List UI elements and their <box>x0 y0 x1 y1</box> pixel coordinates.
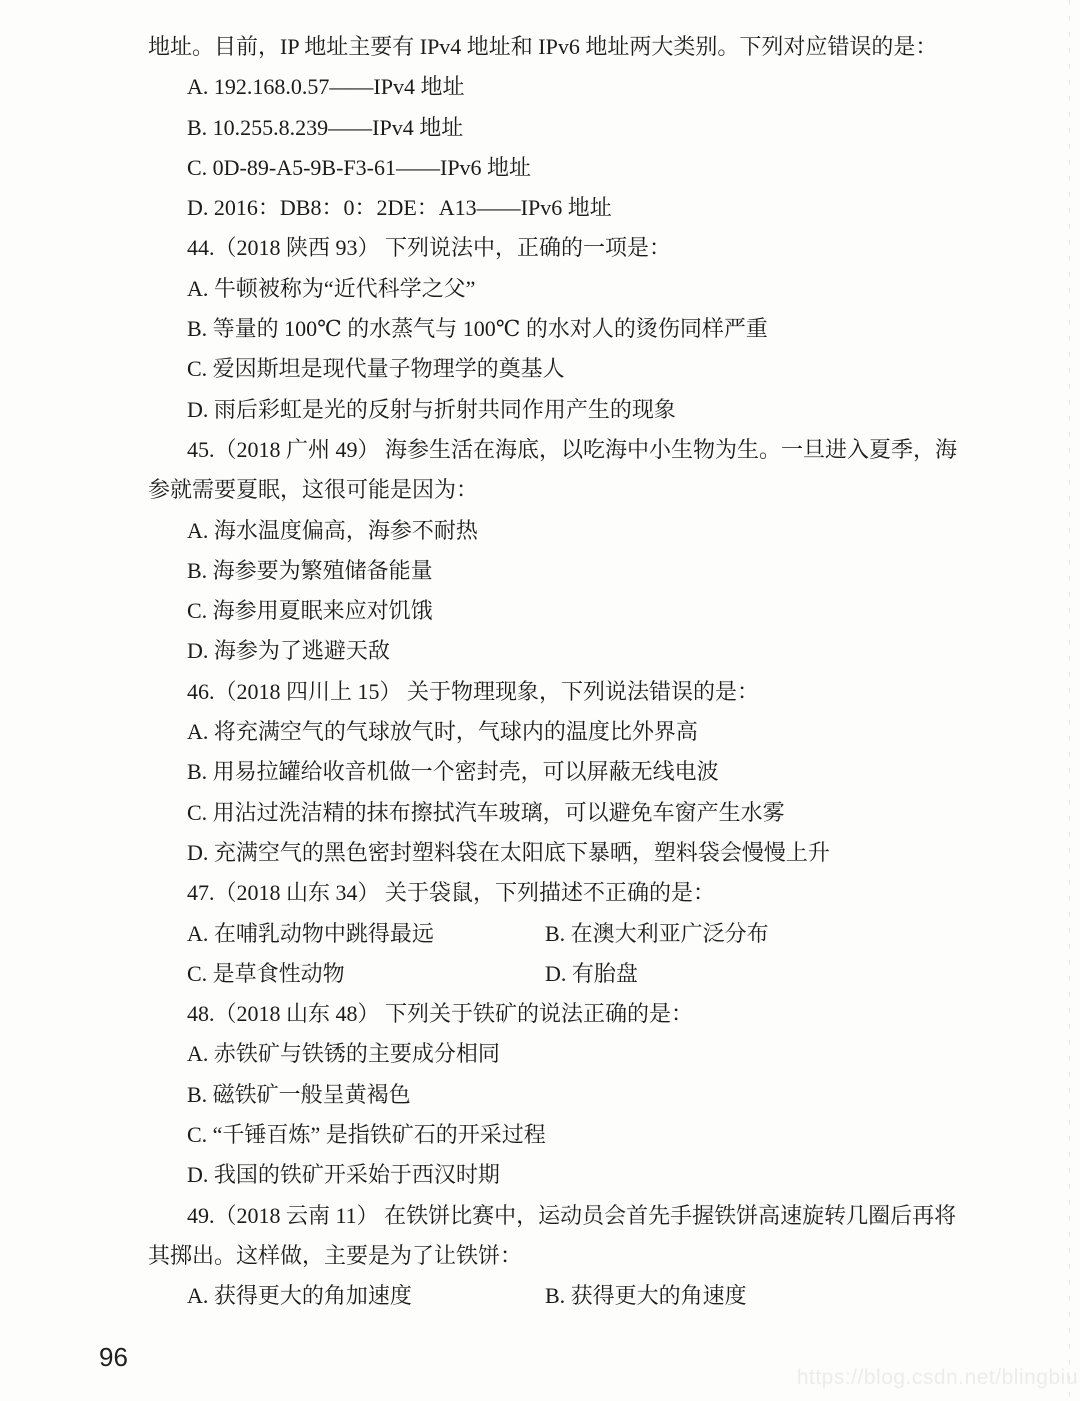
scan-edge-artifact <box>1069 0 1070 1401</box>
q46-heading: 46.（2018 四川上 15） 关于物理现象，下列说法错误的是： <box>148 672 1028 712</box>
q49-continuation: 其掷出。这样做，主要是为了让铁饼： <box>148 1236 1028 1276</box>
q48-option-d: D. 我国的铁矿开采始于西汉时期 <box>148 1155 1028 1195</box>
q48-option-a: A. 赤铁矿与铁锈的主要成分相同 <box>148 1034 1028 1074</box>
q44-heading: 44.（2018 陕西 93） 下列说法中，正确的一项是： <box>148 228 1028 268</box>
scanned-exam-page: 地址。目前，IP 地址主要有 IPv4 地址和 IPv6 地址两大类别。下列对应… <box>0 0 1080 1401</box>
q47-option-d: D. 有胎盘 <box>545 954 638 994</box>
q47-option-a: A. 在哺乳动物中跳得最远 <box>148 921 434 946</box>
q46-option-a: A. 将充满空气的气球放气时，气球内的温度比外界高 <box>148 712 1028 752</box>
page-body-text: 地址。目前，IP 地址主要有 IPv4 地址和 IPv6 地址两大类别。下列对应… <box>148 27 1028 1317</box>
q45-option-b: B. 海参要为繁殖储备能量 <box>148 551 1028 591</box>
q48-heading: 48.（2018 山东 48） 下列关于铁矿的说法正确的是： <box>148 994 1028 1034</box>
q43-option-d: D. 2016：DB8：0：2DE：A13——IPv6 地址 <box>148 188 1028 228</box>
q47-option-row-2: C. 是草食性动物 D. 有胎盘 <box>148 954 1028 994</box>
q46-option-c: C. 用沾过洗洁精的抹布擦拭汽车玻璃，可以避免车窗产生水雾 <box>148 793 1028 833</box>
q47-option-row-1: A. 在哺乳动物中跳得最远 B. 在澳大利亚广泛分布 <box>148 914 1028 954</box>
q49-heading: 49.（2018 云南 11） 在铁饼比赛中，运动员会首先手握铁饼高速旋转几圈后… <box>148 1196 1028 1236</box>
q47-heading: 47.（2018 山东 34） 关于袋鼠，下列描述不正确的是： <box>148 873 1028 913</box>
q44-option-b: B. 等量的 100℃ 的水蒸气与 100℃ 的水对人的烫伤同样严重 <box>148 309 1028 349</box>
q45-continuation: 参就需要夏眠，这很可能是因为： <box>148 470 1028 510</box>
q43-option-a: A. 192.168.0.57——IPv4 地址 <box>148 67 1028 107</box>
q43-option-b: B. 10.255.8.239——IPv4 地址 <box>148 108 1028 148</box>
q45-option-a: A. 海水温度偏高，海参不耐热 <box>148 511 1028 551</box>
q44-option-c: C. 爱因斯坦是现代量子物理学的奠基人 <box>148 349 1028 389</box>
q45-option-c: C. 海参用夏眠来应对饥饿 <box>148 591 1028 631</box>
q49-option-row-1: A. 获得更大的角加速度 B. 获得更大的角速度 <box>148 1276 1028 1316</box>
page-number: 96 <box>99 1342 128 1373</box>
q45-heading: 45.（2018 广州 49） 海参生活在海底，以吃海中小生物为生。一旦进入夏季… <box>148 430 1028 470</box>
q43-stem-continuation: 地址。目前，IP 地址主要有 IPv4 地址和 IPv6 地址两大类别。下列对应… <box>148 27 1028 67</box>
q43-option-c: C. 0D-89-A5-9B-F3-61——IPv6 地址 <box>148 148 1028 188</box>
q47-option-c: C. 是草食性动物 <box>148 961 345 986</box>
q44-option-a: A. 牛顿被称为“近代科学之父” <box>148 269 1028 309</box>
q46-option-b: B. 用易拉罐给收音机做一个密封壳，可以屏蔽无线电波 <box>148 752 1028 792</box>
q44-option-d: D. 雨后彩虹是光的反射与折射共同作用产生的现象 <box>148 390 1028 430</box>
q45-option-d: D. 海参为了逃避天敌 <box>148 631 1028 671</box>
csdn-watermark: https://blog.csdn.net/blingbiu <box>797 1366 1078 1390</box>
q49-option-b: B. 获得更大的角速度 <box>545 1276 747 1316</box>
q47-option-b: B. 在澳大利亚广泛分布 <box>545 914 769 954</box>
q49-option-a: A. 获得更大的角加速度 <box>148 1283 412 1308</box>
q48-option-c: C. “千锤百炼” 是指铁矿石的开采过程 <box>148 1115 1028 1155</box>
q46-option-d: D. 充满空气的黑色密封塑料袋在太阳底下暴晒，塑料袋会慢慢上升 <box>148 833 1028 873</box>
q48-option-b: B. 磁铁矿一般呈黄褐色 <box>148 1075 1028 1115</box>
